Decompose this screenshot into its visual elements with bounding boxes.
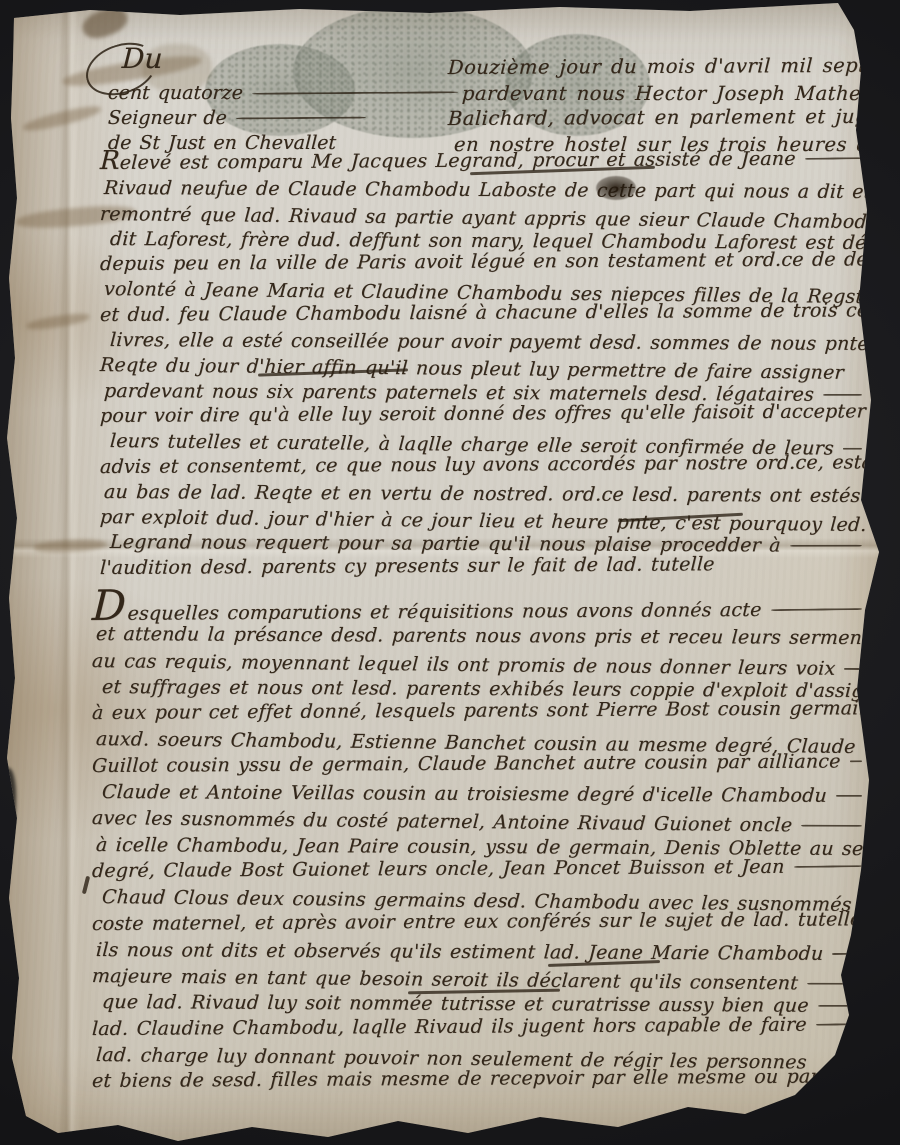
manuscript-line-text: et attendu la présance desd. parents nou… xyxy=(95,623,870,649)
manuscript-line: et biens de sesd. filles mais mesme de r… xyxy=(92,1066,864,1097)
manuscript-line-text: pardevant nous Hector Joseph Mathel xyxy=(461,82,868,105)
line-filler-stroke xyxy=(236,117,366,120)
line-filler-stroke xyxy=(844,668,862,670)
manuscript-line-text: ils nous ont dits et observés qu'ils est… xyxy=(95,939,824,965)
line-filler-stroke xyxy=(877,92,889,94)
paragraph-2: Desquelles comparutions et réquisitions … xyxy=(92,597,864,1097)
manuscript-line-text: lad. Claudine Chambodu, laqlle Rivaud il… xyxy=(91,1013,807,1039)
manuscript-line-text: avec les susnommés du costé paternel, An… xyxy=(91,807,793,836)
line-filler-stroke xyxy=(891,143,900,145)
line-filler-stroke xyxy=(843,448,862,450)
manuscript-line-text: Claude et Antoine Veillas cousin au troi… xyxy=(101,781,827,807)
manuscript-line: au bas de lad. Reqte et en vertu de nost… xyxy=(104,481,864,510)
manuscript-line-text: Seigneur de xyxy=(107,107,227,129)
line-filler-stroke xyxy=(894,905,900,907)
line-filler-stroke xyxy=(836,795,862,797)
line-filler-stroke xyxy=(888,221,900,223)
line-filler-stroke xyxy=(790,545,862,547)
line-filler-stroke xyxy=(805,157,862,160)
line-filler-stroke xyxy=(889,116,900,118)
manuscript-line-text: Relevé est comparu Me Jacques Legrand, p… xyxy=(99,148,796,174)
manuscript-line: ils nous ont dits et observés qu'ils est… xyxy=(96,939,864,969)
ink-bleedthrough xyxy=(26,311,91,332)
manuscript-line: et attendu la présance desd. parents nou… xyxy=(96,623,864,653)
torn-edge-shadow xyxy=(0,768,16,830)
manuscript-page: Du cent quatorze Seigneur de de St Just … xyxy=(0,0,900,1145)
manuscript-line: coste maternel, et après avoir entre eux… xyxy=(92,908,864,939)
manuscript-line-text: Douzième jour du mois d'avril mil sept xyxy=(447,54,867,79)
manuscript-line: advis et consentemt, ce que nous luy avo… xyxy=(100,451,864,481)
manuscript-line: depuis peu en la ville de Paris avoit lé… xyxy=(100,249,864,279)
manuscript-line: Balichard, advocat en parlement et juge xyxy=(448,105,862,133)
manuscript-line-text: au bas de lad. Reqte et en vertu de nost… xyxy=(103,481,900,507)
manuscript-line-text: au cas requis, moyennant lequel ils ont … xyxy=(91,650,836,680)
paragraph-1: Relevé est comparu Me Jacques Legrand, p… xyxy=(100,152,864,582)
fold-crease-vertical xyxy=(58,0,80,1145)
manuscript-line-text: advis et consentemt, ce que nous luy avo… xyxy=(99,451,893,478)
manuscript-line: Rivaud neufue de Claude Chambodu Laboste… xyxy=(104,177,864,206)
manuscript-line-text: Rivaud neufue de Claude Chambodu Laboste… xyxy=(103,177,872,203)
manuscript-line-text: l'audition desd. parents cy presents sur… xyxy=(99,553,715,579)
line-filler-stroke xyxy=(816,1023,862,1026)
manuscript-line: Du xyxy=(108,42,460,82)
manuscript-line: Claude et Antoine Veillas cousin au troi… xyxy=(102,781,864,811)
header-right-column: Douzième jour du mois d'avril mil sept p… xyxy=(448,56,862,158)
photo-background: Du cent quatorze Seigneur de de St Just … xyxy=(0,0,900,1145)
manuscript-line: à eux pour cet effet donné, lesquels par… xyxy=(92,697,864,728)
line-filler-stroke xyxy=(887,343,899,345)
manuscript-line-text: coste maternel, et après avoir entre eux… xyxy=(91,908,861,935)
manuscript-line-text: Guillot cousin yssu de germain, Claude B… xyxy=(91,750,841,777)
line-filler-stroke xyxy=(875,410,887,412)
manuscript-line: pardevant nous Hector Joseph Mathel xyxy=(462,82,862,108)
line-filler-stroke xyxy=(875,65,887,67)
manuscript-line-text: et biens de sesd. filles mais mesme de r… xyxy=(91,1066,881,1093)
manuscript-line: degré, Claude Bost Guionet leurs oncle, … xyxy=(92,855,864,886)
manuscript-line: Desquelles comparutions et réquisitions … xyxy=(92,592,864,623)
ink-blot xyxy=(596,176,636,200)
header-left-column: Du cent quatorze Seigneur de de St Just … xyxy=(108,42,460,157)
manuscript-line-text: cent quatorze xyxy=(107,82,243,104)
manuscript-line-text: pour voir dire qu'à elle luy seroit donn… xyxy=(99,400,866,427)
line-filler-stroke xyxy=(771,608,862,611)
line-filler-stroke xyxy=(801,825,862,827)
line-filler-stroke xyxy=(807,983,862,985)
margin-tick xyxy=(82,876,90,894)
manuscript-line: pour voir dire qu'à elle luy seroit donn… xyxy=(100,400,864,430)
manuscript-line-text: Balichard, advocat en parlement et juge xyxy=(447,105,880,130)
line-filler-stroke xyxy=(850,760,862,762)
manuscript-line-text: à eux pour cet effet donné, lesquels par… xyxy=(91,697,871,724)
manuscript-line-text: degré, Claude Bost Guionet leurs oncle, … xyxy=(91,856,785,882)
line-filler-stroke xyxy=(881,191,893,193)
manuscript-line: Guillot cousin yssu de germain, Claude B… xyxy=(92,750,864,781)
line-filler-stroke xyxy=(823,394,862,396)
line-filler-stroke xyxy=(865,747,877,749)
manuscript-line-text: Desquelles comparutions et réquisitions … xyxy=(91,593,762,625)
corner-ink-mark xyxy=(79,3,131,43)
line-filler-stroke xyxy=(794,865,862,868)
manuscript-line-text: et dud. feu Claude Chambodu laisné à cha… xyxy=(99,299,889,326)
manuscript-line: Seigneur de xyxy=(108,107,460,132)
line-filler-stroke xyxy=(252,91,458,94)
manuscript-line-text: livres, elle a esté conseillée pour avoi… xyxy=(109,329,878,355)
manuscript-line: cent quatorze xyxy=(108,82,460,107)
manuscript-line: livres, elle a esté conseillée pour avoi… xyxy=(110,329,864,358)
ink-bleedthrough xyxy=(34,538,107,554)
manuscript-line: l'audition desd. parents cy presents sur… xyxy=(100,552,864,582)
manuscript-line-text: depuis peu en la ville de Paris avoit lé… xyxy=(99,248,900,275)
manuscript-line-text: Du xyxy=(121,42,163,75)
line-filler-stroke xyxy=(884,297,896,299)
line-filler-stroke xyxy=(832,953,862,955)
manuscript-line: Douzième jour du mois d'avril mil sept xyxy=(448,54,862,82)
manuscript-line: et dud. feu Claude Chambodu laisné à cha… xyxy=(100,299,864,329)
document-header: Du cent quatorze Seigneur de de St Just … xyxy=(108,42,862,158)
line-filler-stroke xyxy=(818,1005,862,1007)
ink-bleedthrough xyxy=(22,103,103,135)
manuscript-line: lad. Claudine Chambodu, laqlle Rivaud il… xyxy=(92,1013,864,1044)
